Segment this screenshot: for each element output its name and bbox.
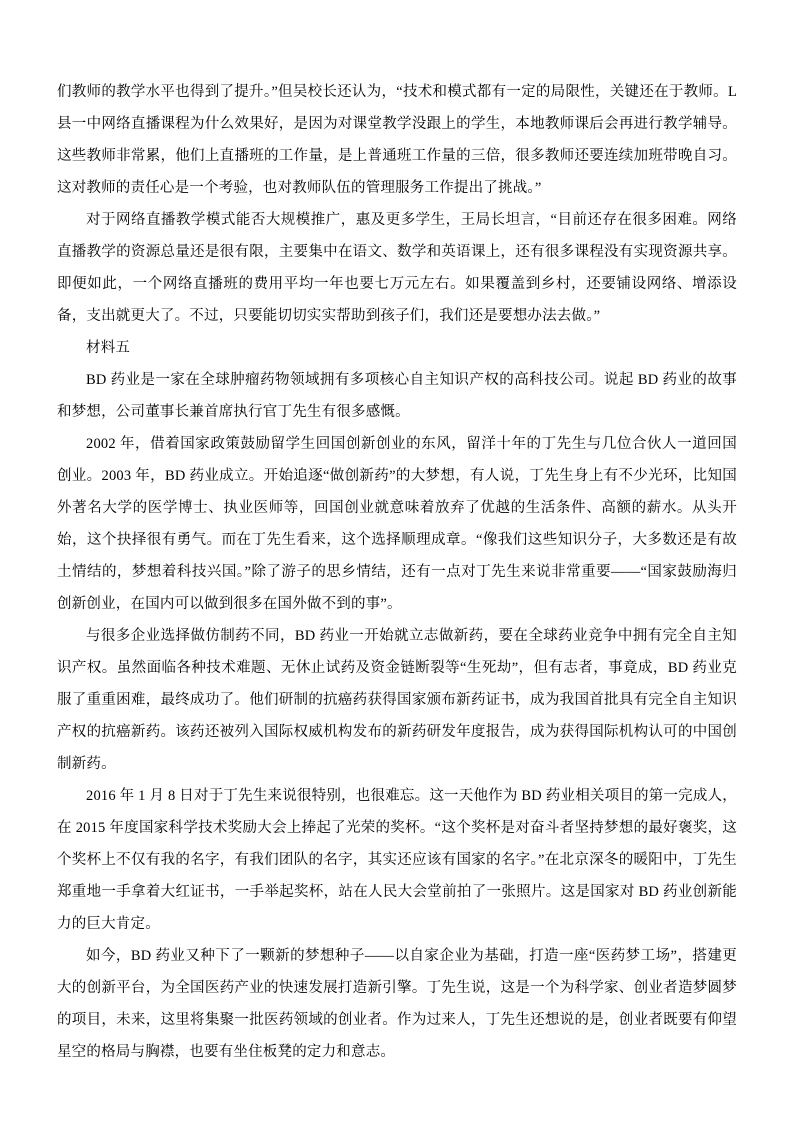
document-page: 们教师的教学水平也得到了提升。”但吴校长还认为，“技术和模式都有一定的局限性，关…: [0, 0, 794, 1122]
paragraph-continuation: 们教师的教学水平也得到了提升。”但吴校长还认为，“技术和模式都有一定的局限性，关…: [57, 76, 737, 204]
paragraph: 2016 年 1 月 8 日对于丁先生来说很特别，也很难忘。这一天他作为 BD …: [57, 780, 737, 940]
paragraph: 如今，BD 药业又种下了一颗新的梦想种子——以自家企业为基础，打造一座“医药梦工…: [57, 940, 737, 1068]
paragraph: BD 药业是一家在全球肿瘤药物领域拥有多项核心自主知识产权的高科技公司。说起 B…: [57, 364, 737, 428]
paragraph: 对于网络直播教学模式能否大规模推广，惠及更多学生，王局长坦言，“目前还存在很多困…: [57, 204, 737, 332]
paragraph: 与很多企业选择做仿制药不同，BD 药业一开始就立志做新药，要在全球药业竞争中拥有…: [57, 620, 737, 780]
paragraph: 2002 年，借着国家政策鼓励留学生回国创新创业的东风，留洋十年的丁先生与几位合…: [57, 428, 737, 620]
section-heading-material-5: 材料五: [57, 332, 737, 364]
